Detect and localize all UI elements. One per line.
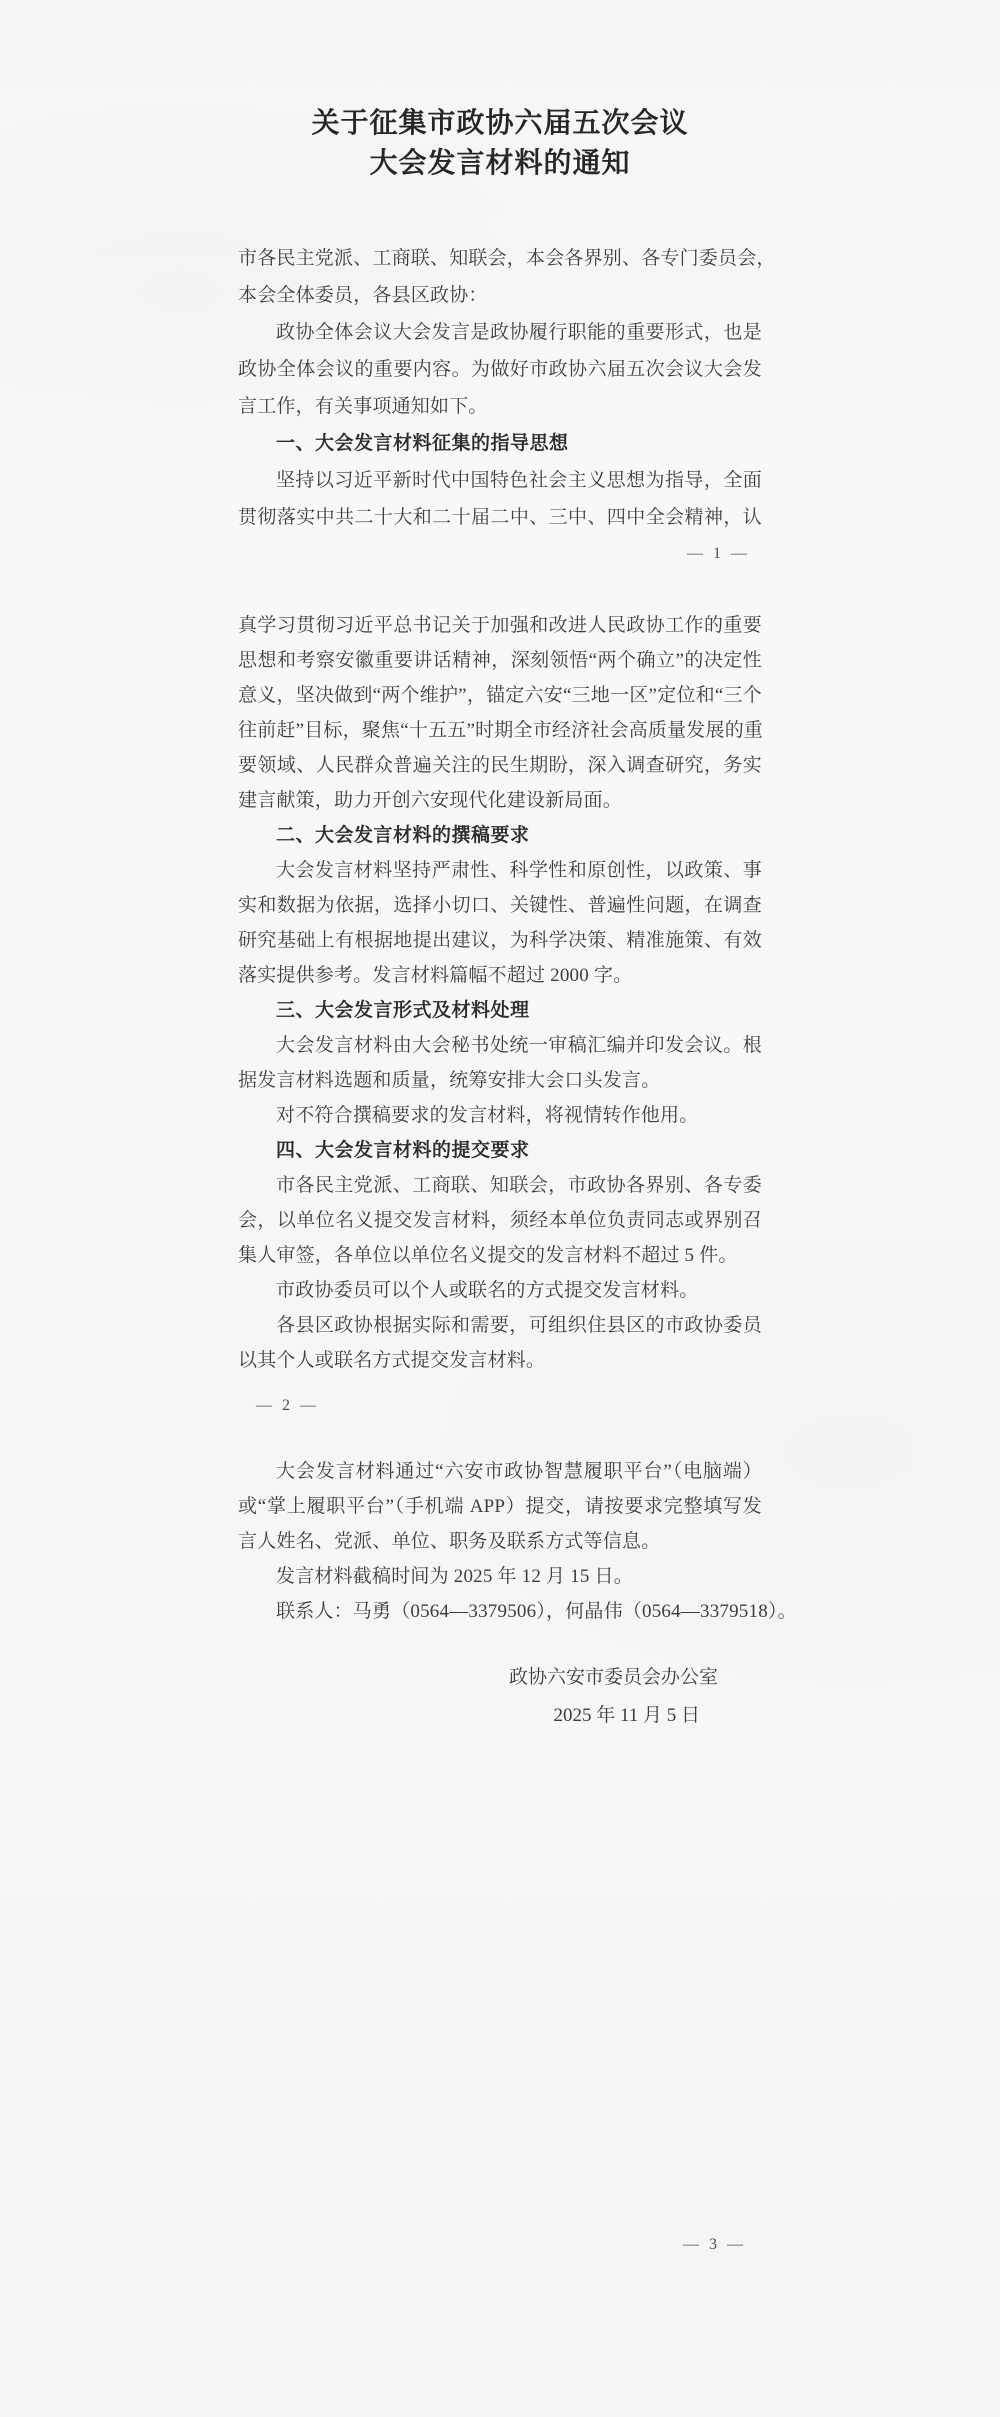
text-line: 各县区政协根据实际和需要，可组织住县区的市政协委员 [238,1308,762,1343]
text-line: 建言献策，助力开创六安现代化建设新局面。 [238,783,762,818]
page2-number: — 2 — [238,1394,762,1418]
signature-block: 政协六安市委员会办公室 2025 年 11 月 5 日 [238,1659,762,1735]
text-line: 或“掌上履职平台”（手机端 APP）提交，请按要求完整填写发 [238,1489,762,1524]
text-line: 意义，坚决做到“两个维护”，锚定六安“三地一区”定位和“三个 [238,678,762,713]
text-line: 市各民主党派、工商联、知联会，市政协各界别、各专委 [238,1168,762,1203]
title-line-2: 大会发言材料的通知 [238,144,762,184]
text-line: 往前赶”目标，聚焦“十五五”时期全市经济社会高质量发展的重 [238,713,762,748]
text-line: 二、大会发言材料的撰稿要求 [238,818,762,853]
text-line: 会，以单位名义提交发言材料，须经本单位负责同志或界别召 [238,1203,762,1238]
text-line: 落实提供参考。发言材料篇幅不超过 2000 字。 [238,958,762,993]
text-line: 贯彻落实中共二十大和二十届二中、三中、四中全会精神，认 [238,499,762,536]
text-line: 思想和考察安徽重要讲话精神，深刻领悟“两个确立”的决定性 [238,643,762,678]
text-line: 发言材料截稿时间为 2025 年 12 月 15 日。 [238,1559,762,1594]
title-line-1: 关于征集市政协六届五次会议 [238,104,762,144]
text-line: 坚持以习近平新时代中国特色社会主义思想为指导，全面 [238,462,762,499]
text-line: 市各民主党派、工商联、知联会，本会各界别、各专门委员会， [238,240,762,277]
text-line: 政协全体会议大会发言是政协履行职能的重要形式，也是 [238,314,762,351]
text-line: 大会发言材料通过“六安市政协智慧履职平台”（电脑端） [238,1454,762,1489]
text-line: 据发言材料选题和质量，统筹安排大会口头发言。 [238,1063,762,1098]
text-line: 市政协委员可以个人或联名的方式提交发言材料。 [238,1273,762,1308]
text-line: 一、大会发言材料征集的指导思想 [238,425,762,462]
text-line: 研究基础上有根据地提出建议，为科学决策、精准施策、有效 [238,923,762,958]
page2-text-block: 真学习贯彻习近平总书记关于加强和改进人民政协工作的重要思想和考察安徽重要讲话精神… [238,608,762,1378]
text-line: 以其个人或联名方式提交发言材料。 [238,1343,762,1378]
page3-number: — 3 — [683,2233,746,2257]
signature-date: 2025 年 11 月 5 日 [238,1697,762,1735]
document-text-column: 关于征集市政协六届五次会议 大会发言材料的通知 市各民主党派、工商联、知联会，本… [238,0,762,1735]
text-line: 要领域、人民群众普遍关注的民生期盼，深入调查研究，务实 [238,748,762,783]
text-line: 言人姓名、党派、单位、职务及联系方式等信息。 [238,1524,762,1559]
scanned-notice-document: 关于征集市政协六届五次会议 大会发言材料的通知 市各民主党派、工商联、知联会，本… [0,0,1000,2417]
text-line: 言工作，有关事项通知如下。 [238,388,762,425]
text-line: 大会发言材料由大会秘书处统一审稿汇编并印发会议。根 [238,1028,762,1063]
document-title: 关于征集市政协六届五次会议 大会发言材料的通知 [238,104,762,184]
text-line: 本会全体委员，各县区政协： [238,277,762,314]
text-line: 真学习贯彻习近平总书记关于加强和改进人民政协工作的重要 [238,608,762,643]
page1-number: — 1 — [238,542,762,566]
text-line: 三、大会发言形式及材料处理 [238,993,762,1028]
signature-org: 政协六安市委员会办公室 [238,1659,762,1697]
text-line: 大会发言材料坚持严肃性、科学性和原创性，以政策、事 [238,853,762,888]
page3-text-block: 大会发言材料通过“六安市政协智慧履职平台”（电脑端）或“掌上履职平台”（手机端 … [238,1454,762,1629]
text-line: 实和数据为依据，选择小切口、关键性、普遍性问题，在调查 [238,888,762,923]
text-line: 联系人：马勇（0564—3379506），何晶伟（0564—3379518）。 [238,1594,762,1629]
text-line: 集人审签，各单位以单位名义提交的发言材料不超过 5 件。 [238,1238,762,1273]
text-line: 政协全体会议的重要内容。为做好市政协六届五次会议大会发 [238,351,762,388]
text-line: 四、大会发言材料的提交要求 [238,1133,762,1168]
text-line: 对不符合撰稿要求的发言材料，将视情转作他用。 [238,1098,762,1133]
page1-text-block: 市各民主党派、工商联、知联会，本会各界别、各专门委员会，本会全体委员，各县区政协… [238,240,762,536]
